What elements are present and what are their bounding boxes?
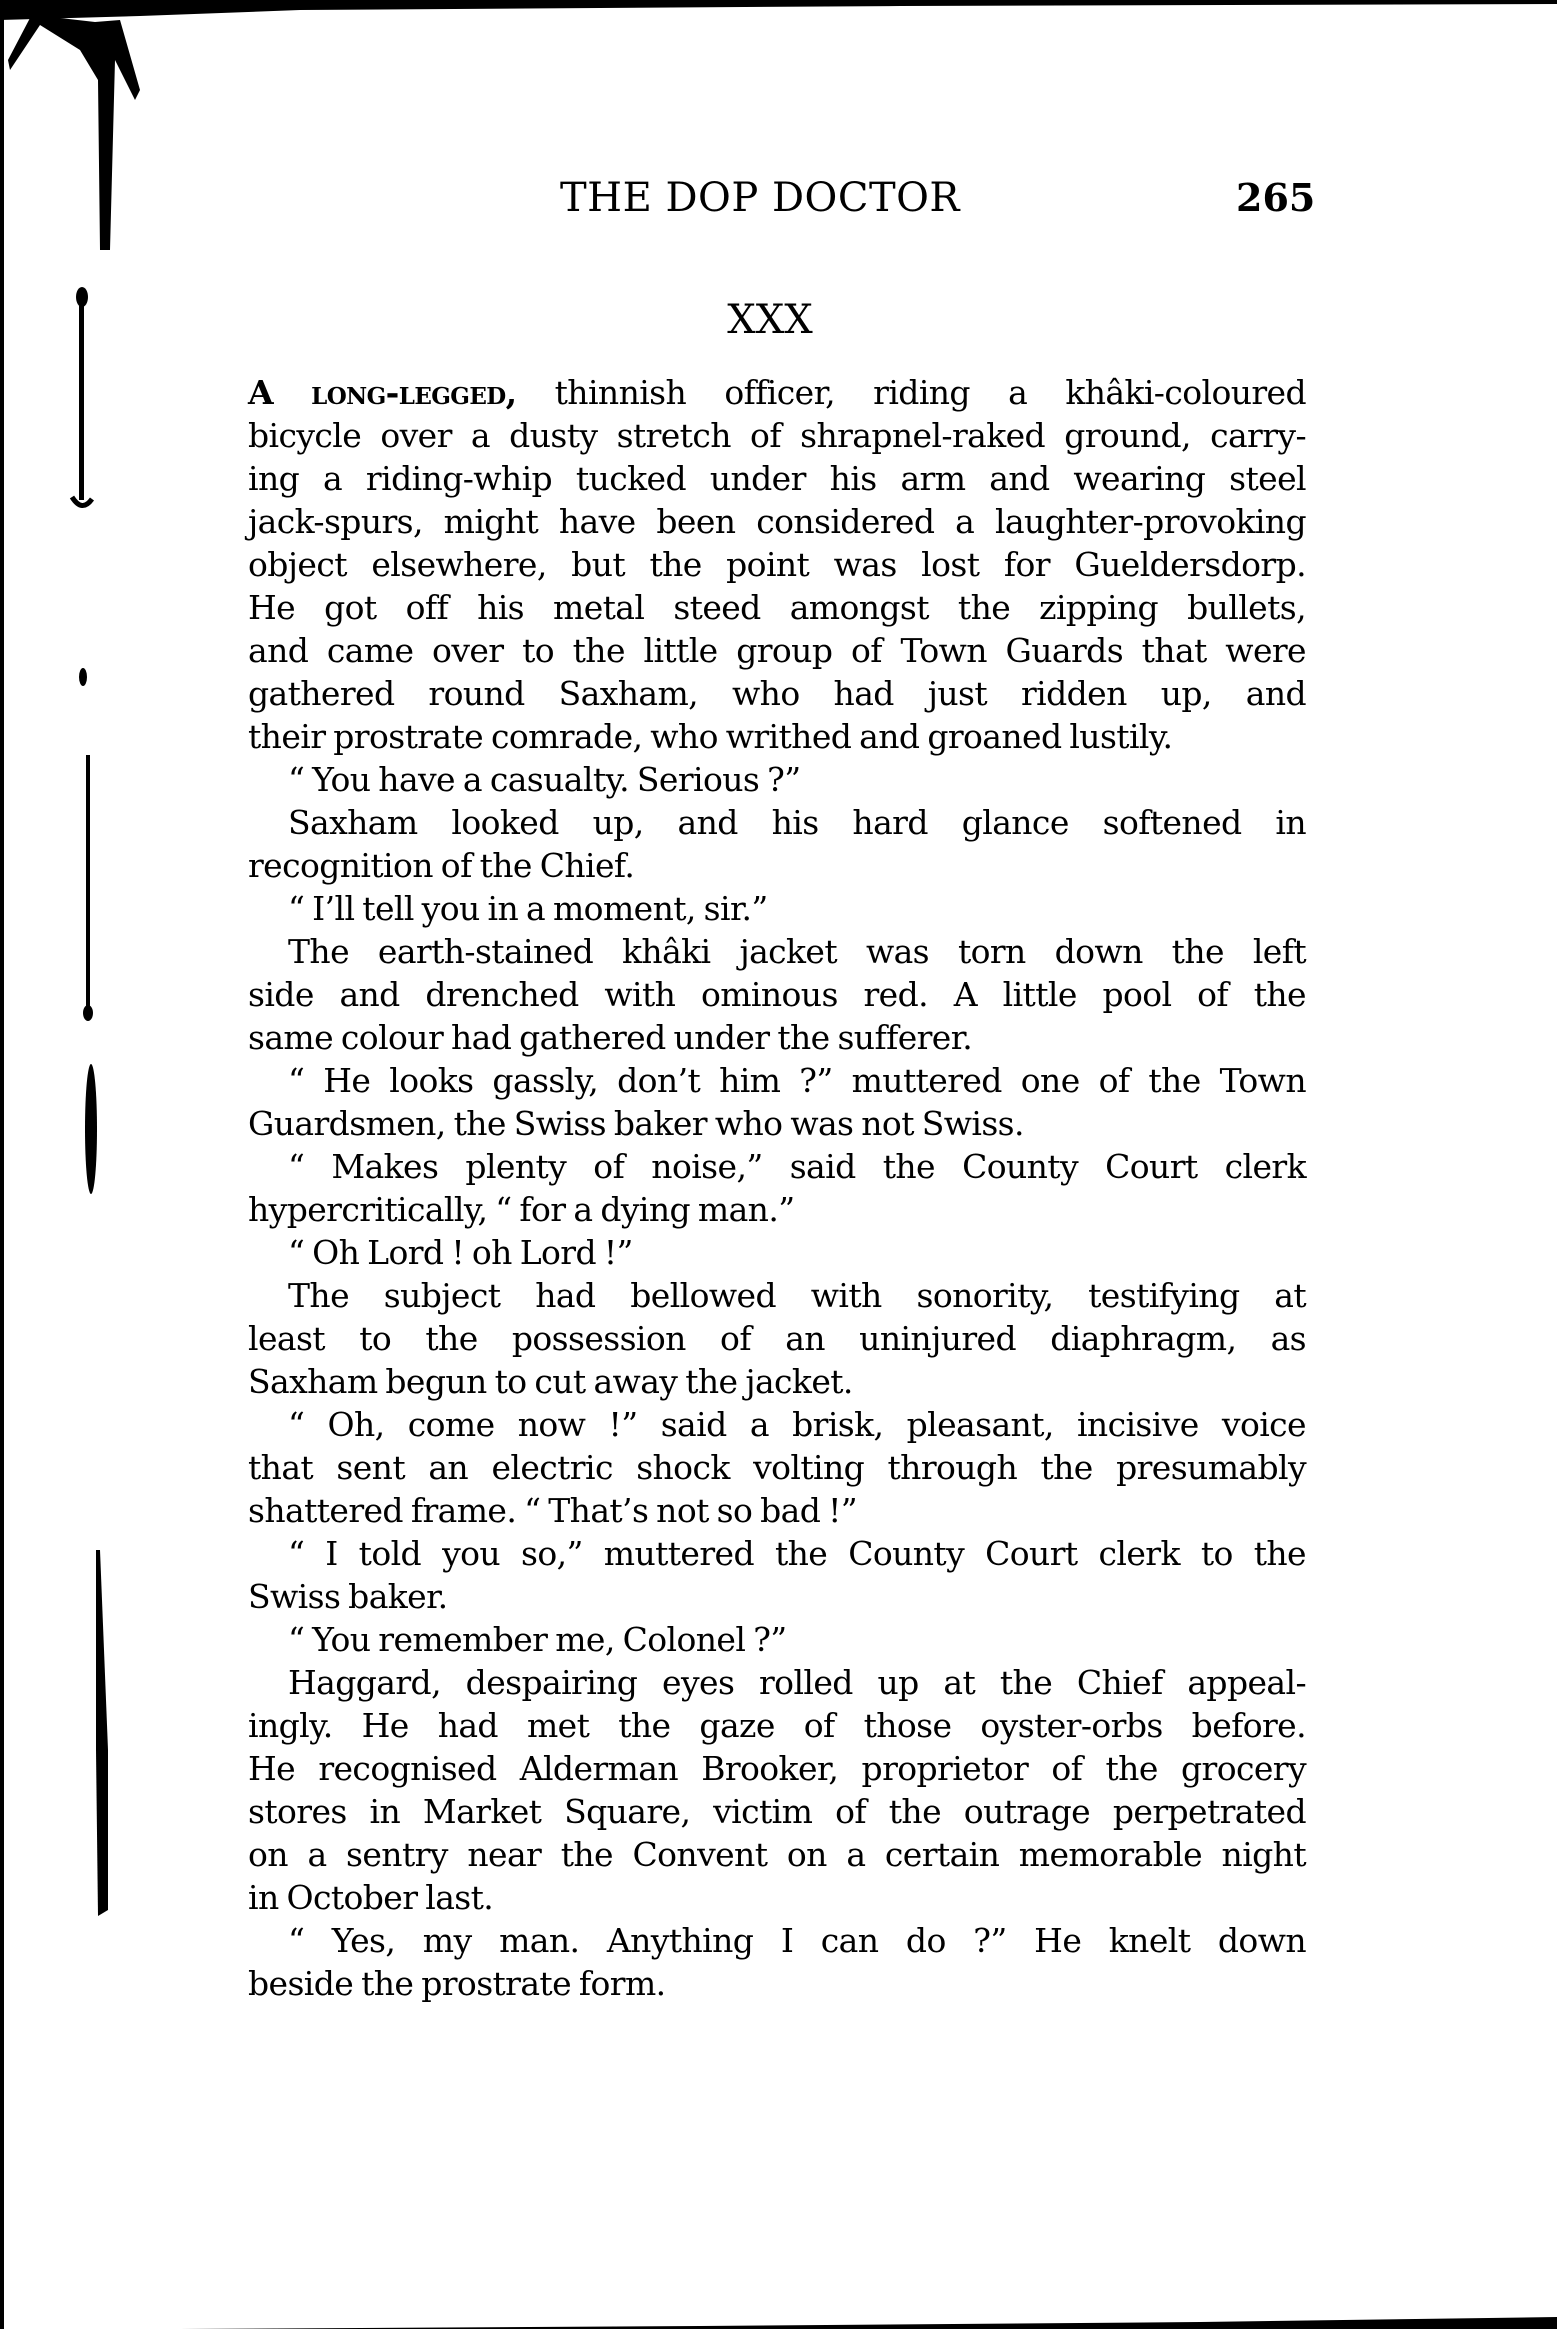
text-line: bicycle over a dusty stretch of shrapnel… (248, 414, 1306, 457)
text-line-content: ingly. He had met the gaze of those oyst… (248, 1704, 1306, 1747)
text-line-content: ing a riding-whip tucked under his arm a… (248, 457, 1306, 500)
text-line-content: bicycle over a dusty stretch of shrapnel… (248, 414, 1306, 457)
text-line: jack-spurs, might have been considered a… (248, 500, 1306, 543)
text-line: that sent an electric shock volting thro… (248, 1446, 1306, 1489)
text-line-content: side and drenched with ominous red. A li… (248, 973, 1306, 1016)
opening-initial: A (248, 373, 273, 412)
text-line-content: He recognised Alderman Brooker, propriet… (248, 1747, 1306, 1790)
text-line-content: The subject had bellowed with sonority, … (288, 1274, 1306, 1317)
text-line: Haggard, despairing eyes rolled up at th… (248, 1661, 1306, 1704)
text-line-content: that sent an electric shock volting thro… (248, 1446, 1306, 1489)
text-line: “ Oh Lord ! oh Lord !” (248, 1231, 1306, 1274)
text-line-content: The earth-stained khâki jacket was torn … (288, 930, 1306, 973)
text-line-content: Swiss baker. (248, 1575, 1306, 1618)
text-line: Guardsmen, the Swiss baker who was not S… (248, 1102, 1306, 1145)
text-line-content: “ Oh Lord ! oh Lord !” (288, 1231, 1306, 1274)
text-line: and came over to the little group of Tow… (248, 629, 1306, 672)
text-line: “ You remember me, Colonel ?” (248, 1618, 1306, 1661)
text-line-content: stores in Market Square, victim of the o… (248, 1790, 1306, 1833)
scan-left-edge-line (0, 0, 4, 2329)
binding-mark-4 (80, 1063, 104, 1203)
text-line-content: and came over to the little group of Tow… (248, 629, 1306, 672)
binding-shadow-top (0, 0, 160, 260)
text-line: The earth-stained khâki jacket was torn … (248, 930, 1306, 973)
text-line-content: gathered round Saxham, who had just ridd… (248, 672, 1306, 715)
running-head-title: THE DOP DOCTOR (560, 176, 1000, 220)
text-line-content: hypercritically, “ for a dying man.” (248, 1188, 1306, 1231)
text-line: ingly. He had met the gaze of those oyst… (248, 1704, 1306, 1747)
text-line: He got off his metal steed amongst the z… (248, 586, 1306, 629)
text-line: their prostrate comrade, who writhed and… (248, 715, 1306, 758)
text-line: stores in Market Square, victim of the o… (248, 1790, 1306, 1833)
opening-rest: thinnish officer, riding a khâki-coloure… (517, 373, 1307, 412)
text-line-content: shattered frame. “ That’s not so bad !” (248, 1489, 1306, 1532)
opening-smallcaps: long-legged, (311, 373, 516, 412)
text-line-content: jack-spurs, might have been considered a… (248, 500, 1306, 543)
text-line-content: Saxham looked up, and his hard glance so… (288, 801, 1306, 844)
text-line: Swiss baker. (248, 1575, 1306, 1618)
text-line: ing a riding-whip tucked under his arm a… (248, 457, 1306, 500)
text-line-content: A long-legged, thinnish officer, riding … (248, 371, 1306, 414)
text-line: on a sentry near the Convent on a certai… (248, 1833, 1306, 1876)
binding-mark-2 (75, 665, 95, 695)
text-line-content: beside the prostrate form. (248, 1962, 1306, 2005)
binding-mark-1 (60, 285, 120, 515)
text-line: The subject had bellowed with sonority, … (248, 1274, 1306, 1317)
text-line: “ Yes, my man. Anything I can do ?” He k… (248, 1919, 1306, 1962)
text-line: “ Makes plenty of noise,” said the Count… (248, 1145, 1306, 1188)
binding-mark-3 (80, 755, 100, 1025)
text-line: He recognised Alderman Brooker, propriet… (248, 1747, 1306, 1790)
text-line: least to the possession of an uninjured … (248, 1317, 1306, 1360)
text-line: in October last. (248, 1876, 1306, 1919)
text-line: “ Oh, come now !” said a brisk, pleasant… (248, 1403, 1306, 1446)
text-line: beside the prostrate form. (248, 1962, 1306, 2005)
text-line-content: He got off his metal steed amongst the z… (248, 586, 1306, 629)
text-line-content: “ Yes, my man. Anything I can do ?” He k… (288, 1919, 1306, 1962)
body-text: A long-legged, thinnish officer, riding … (248, 371, 1306, 2005)
text-line: hypercritically, “ for a dying man.” (248, 1188, 1306, 1231)
text-line-content: on a sentry near the Convent on a certai… (248, 1833, 1306, 1876)
scan-bottom-edge-shadow (0, 2300, 1557, 2329)
chapter-number: XXX (700, 298, 840, 342)
text-line-content: their prostrate comrade, who writhed and… (248, 715, 1306, 758)
text-line: gathered round Saxham, who had just ridd… (248, 672, 1306, 715)
text-line-content: “ Makes plenty of noise,” said the Count… (288, 1145, 1306, 1188)
text-line-content: “ I told you so,” muttered the County Co… (288, 1532, 1306, 1575)
text-line: Saxham begun to cut away the jacket. (248, 1360, 1306, 1403)
text-line: “ I told you so,” muttered the County Co… (248, 1532, 1306, 1575)
text-line-content: “ I’ll tell you in a moment, sir.” (288, 887, 1306, 930)
text-line: “ I’ll tell you in a moment, sir.” (248, 887, 1306, 930)
text-line-content: object elsewhere, but the point was lost… (248, 543, 1306, 586)
text-line-content: “ Oh, come now !” said a brisk, pleasant… (288, 1403, 1306, 1446)
text-line: side and drenched with ominous red. A li… (248, 973, 1306, 1016)
text-line-content: “ He looks gassly, don’t him ?” muttered… (288, 1059, 1306, 1102)
text-line-content: Saxham begun to cut away the jacket. (248, 1360, 1306, 1403)
text-line: “ You have a casualty. Serious ?” (248, 758, 1306, 801)
text-line-content: “ You have a casualty. Serious ?” (288, 758, 1306, 801)
book-page: THE DOP DOCTOR 265 XXX A long-legged, th… (0, 0, 1557, 2329)
binding-mark-5 (90, 1550, 114, 1930)
text-line-content: recognition of the Chief. (248, 844, 1306, 887)
text-line: object elsewhere, but the point was lost… (248, 543, 1306, 586)
text-line: same colour had gathered under the suffe… (248, 1016, 1306, 1059)
text-line-content: in October last. (248, 1876, 1306, 1919)
text-line-opening: A long-legged, thinnish officer, riding … (248, 371, 1306, 414)
text-line-content: same colour had gathered under the suffe… (248, 1016, 1306, 1059)
text-line: recognition of the Chief. (248, 844, 1306, 887)
text-line-content: “ You remember me, Colonel ?” (288, 1618, 1306, 1661)
text-line: shattered frame. “ That’s not so bad !” (248, 1489, 1306, 1532)
page-number: 265 (1236, 176, 1315, 220)
scan-top-edge-shadow (0, 0, 1557, 22)
text-line-content: Guardsmen, the Swiss baker who was not S… (248, 1102, 1306, 1145)
text-line-content: least to the possession of an uninjured … (248, 1317, 1306, 1360)
text-line-content: Haggard, despairing eyes rolled up at th… (288, 1661, 1306, 1704)
text-line: “ He looks gassly, don’t him ?” muttered… (248, 1059, 1306, 1102)
text-line: Saxham looked up, and his hard glance so… (248, 801, 1306, 844)
